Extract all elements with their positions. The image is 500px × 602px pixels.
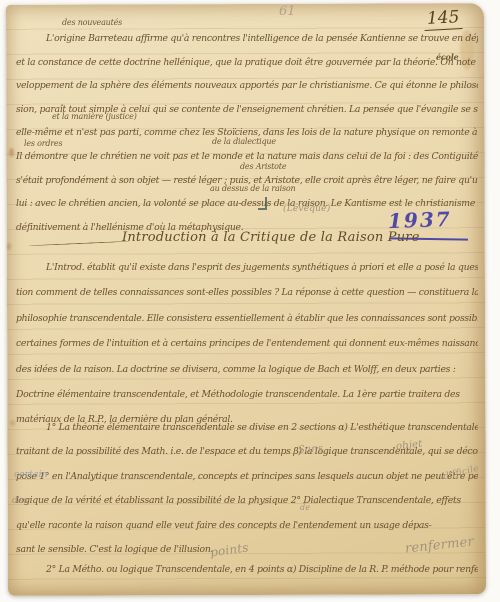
manuscript-scan: 61 145 L'origine Barreteau affirme qu'à …	[0, 0, 500, 602]
pencil-annotation: certain	[14, 470, 48, 480]
pencil-folio-number: 61	[279, 4, 296, 19]
interlinear-insertion: des Aristote	[240, 162, 286, 171]
paper-stain	[10, 420, 15, 426]
interlinear-insertion: et la manière (justice)	[52, 112, 137, 121]
interlinear-insertion: au dessus de la raison	[210, 184, 295, 193]
interlinear-insertion: de la dialectique	[212, 137, 276, 146]
manuscript-line: certaines formes de l'intuition et à cer…	[16, 331, 478, 356]
manuscript-line: 1° La théorie élémentaire transcendental…	[16, 416, 478, 440]
manuscript-line: philosophie transcendentale. Elle consis…	[16, 306, 478, 331]
paragraph-4: 2° La Métho. ou logique Transcendentale,…	[16, 558, 478, 582]
interlinear-insertion: les ordres	[24, 139, 62, 148]
manuscript-line: L'Introd. établit qu'il existe dans l'es…	[16, 255, 478, 280]
manuscript-line: tion comment de telles connaissances son…	[16, 280, 478, 305]
manuscript-line: pose 1° en l'Analytique transcendentale,…	[16, 465, 478, 489]
manuscript-line: 2° La Métho. ou logique Transcendentale,…	[16, 558, 478, 582]
manuscript-line: Doctrine élémentaire transcendentale, et…	[16, 382, 478, 407]
manuscript-line: veloppement de la sphère des éléments no…	[16, 74, 478, 98]
interlinear-insertion: des nouveautés	[62, 18, 122, 27]
manuscript-line: des idées de la raison. La doctrine se d…	[16, 357, 478, 382]
paper-stain	[9, 148, 14, 157]
paper-stain	[7, 243, 11, 250]
section-heading: Introduction à la Critique de la Raison …	[122, 230, 420, 245]
pencil-annotation: de	[300, 503, 310, 512]
closing-bracket-mark	[258, 197, 267, 210]
manuscript-line: qu'elle raconte la raison quand elle veu…	[16, 514, 478, 538]
pencil-annotation: (Lévêque)	[283, 204, 330, 214]
interlinear-insertion: école	[436, 52, 458, 62]
manuscript-line: logique de la vérité et établissant la p…	[16, 489, 478, 513]
pencil-annotation: des	[12, 496, 28, 506]
pencil-annotation: Sans	[298, 443, 324, 456]
paragraph-2: L'Introd. établit qu'il existe dans l'es…	[16, 255, 478, 433]
manuscript-line: et la constance de cette doctrine hellén…	[16, 51, 478, 75]
manuscript-line: L'origine Barreteau affirme qu'à rencont…	[16, 27, 478, 51]
